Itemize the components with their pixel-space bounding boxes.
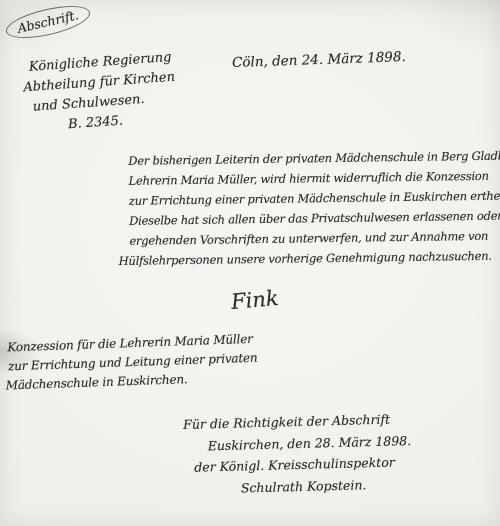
- abschrift-stamp-label: Abschrift.: [3, 0, 93, 44]
- body-text: Der bisherigen Leiterin der privaten Mäd…: [128, 145, 500, 271]
- dateline: Cöln, den 24. März 1898.: [232, 49, 406, 71]
- certification-block: Für die Richtigkeit der Abschrift Euskir…: [183, 408, 413, 500]
- certification-signature: Schulrath Kopstein.: [241, 473, 413, 499]
- document-scan: Abschrift. Königliche Regierung Abtheilu…: [0, 0, 500, 526]
- margin-note: Konzession für die Lehrerin Maria Müller…: [7, 330, 258, 396]
- letterhead: Königliche Regierung Abtheilung für Kirc…: [21, 48, 178, 138]
- abschrift-stamp: Abschrift.: [3, 0, 93, 44]
- signature-fink: Fink: [230, 286, 279, 314]
